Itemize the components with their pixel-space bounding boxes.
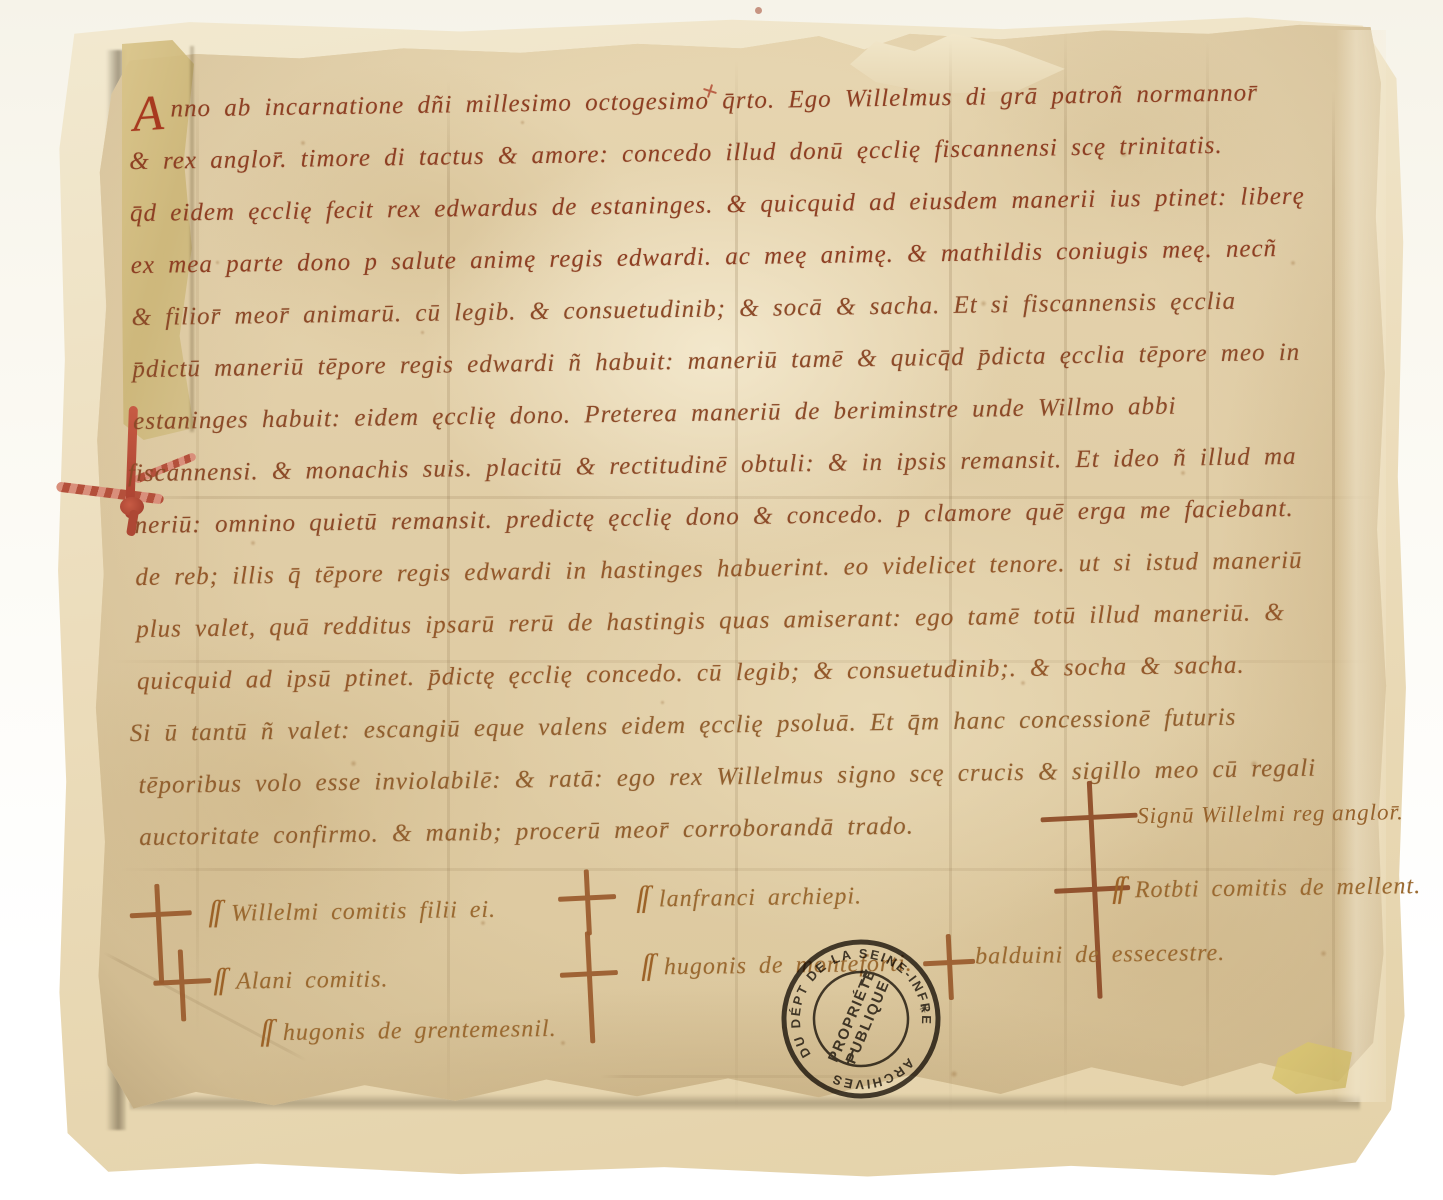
royal-signum-text: Signū Willelmi reg anglor̄. — [1137, 799, 1404, 829]
manuscript-ink-layer: A nno ab incarnatione dñi millesimo octo… — [0, 0, 1443, 1200]
signature-name: lanfranci archiepi. — [659, 883, 862, 912]
signature-item: ſſRotbti comitis de mellent. — [1112, 867, 1421, 906]
signature-name: balduini de essecestre. — [975, 940, 1225, 970]
manuscript-line: nno ab incarnatione dñi millesimo octoge… — [170, 79, 1258, 123]
manuscript-line: ex mea parte dono p salute animę regis e… — [131, 235, 1278, 280]
signature-name: Rotbti comitis de mellent. — [1135, 873, 1422, 903]
signature-item: ſſAlani comitis. — [213, 960, 388, 997]
manuscript-line: neriū: omnino quietū remansit. predictę … — [134, 495, 1293, 540]
archive-stamp: DU DÉPT DE LA SEINE-INFRE ARCHIVES ✳ PRO… — [760, 918, 962, 1120]
signature-name: hugonis de grentemesnil. — [283, 1016, 557, 1046]
signature-ss-mark: ſſ — [1112, 871, 1123, 904]
signature-item: ſſhugonis de grentemesnil. — [260, 1010, 557, 1048]
manuscript-line: & rex anglor̄. timore di tactus & amore:… — [129, 132, 1223, 176]
signature-item: balduini de essecestre. — [963, 934, 1226, 972]
signature-ss-mark: ſſ — [260, 1014, 271, 1047]
charter-scan: A nno ab incarnatione dñi millesimo octo… — [0, 0, 1443, 1200]
manuscript-line: quicquid ad ipsū ptinet. p̄dictę ęcclię … — [137, 652, 1245, 696]
manuscript-line: estaninges habuit: eidem ęcclię dono. Pr… — [133, 393, 1177, 436]
signature-ss-mark: ſſ — [213, 963, 224, 996]
signature-ss-mark: ſſ — [208, 895, 219, 928]
signature-cross-icon — [558, 930, 621, 1045]
stamp-star-icon: ✳ — [918, 1000, 933, 1016]
manuscript-line: & filior̄ meor̄ animarū. cū legib. & con… — [131, 288, 1236, 332]
manuscript-line: plus valet, quā redditus ipsarū rerū de … — [136, 599, 1285, 644]
manuscript-line: q̄d eidem ęcclię fecit rex edwardus de e… — [130, 183, 1305, 228]
signature-ss-mark: ſſ — [636, 881, 647, 914]
manuscript-line: p̄dictū maneriū tēpore regis edwardi ñ h… — [132, 339, 1300, 384]
illuminated-initial: A — [131, 83, 165, 143]
signature-cross-icon — [557, 868, 618, 937]
signature-item: ſſlanfranci archiepi. — [636, 877, 862, 914]
manuscript-line: de reb; illis q̄ tēpore regis edwardi in… — [135, 547, 1303, 592]
signature-name: Willelmi comitis filii ei. — [231, 897, 496, 927]
manuscript-line: tēporibus volo esse inviolabilē: & ratā:… — [138, 755, 1316, 800]
signature-name: Alani comitis. — [236, 966, 389, 994]
signature-ss-mark: ſſ — [641, 948, 652, 981]
manuscript-line: fiscannensi. & monachis suis. placitū & … — [128, 443, 1297, 488]
signature-item: ſſWillelmi comitis filii ei. — [208, 891, 496, 929]
signature-cross-icon — [152, 948, 214, 1023]
manuscript-line: auctoritate confirmo. & manib; procerū m… — [139, 813, 914, 852]
manuscript-line: Si ū tantū ñ valet: escangiū eque valens… — [130, 704, 1237, 748]
